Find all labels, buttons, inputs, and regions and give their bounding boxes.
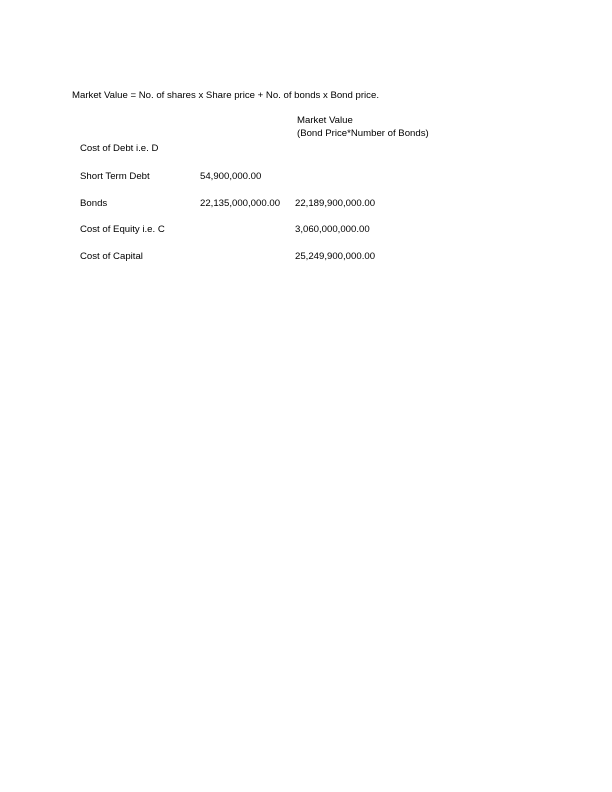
row-label-bonds: Bonds [80,198,107,209]
row-market-value-cost-of-capital: 25,249,900,000.00 [295,251,375,262]
row-label-cost-of-capital: Cost of Capital [80,251,143,262]
row-label-short-term-debt: Short Term Debt [80,171,150,182]
row-market-value-cost-of-equity: 3,060,000,000.00 [295,224,370,235]
column-header-line1: Market Value [297,115,353,126]
row-value-bonds: 22,135,000,000.00 [200,198,280,209]
section-label-cost-of-debt: Cost of Debt i.e. D [80,143,158,154]
column-header-line2: (Bond Price*Number of Bonds) [297,128,429,139]
row-label-cost-of-equity: Cost of Equity i.e. C [80,224,165,235]
row-value-short-term-debt: 54,900,000.00 [200,171,261,182]
formula-text: Market Value = No. of shares x Share pri… [72,90,379,101]
row-market-value-bonds: 22,189,900,000.00 [295,198,375,209]
